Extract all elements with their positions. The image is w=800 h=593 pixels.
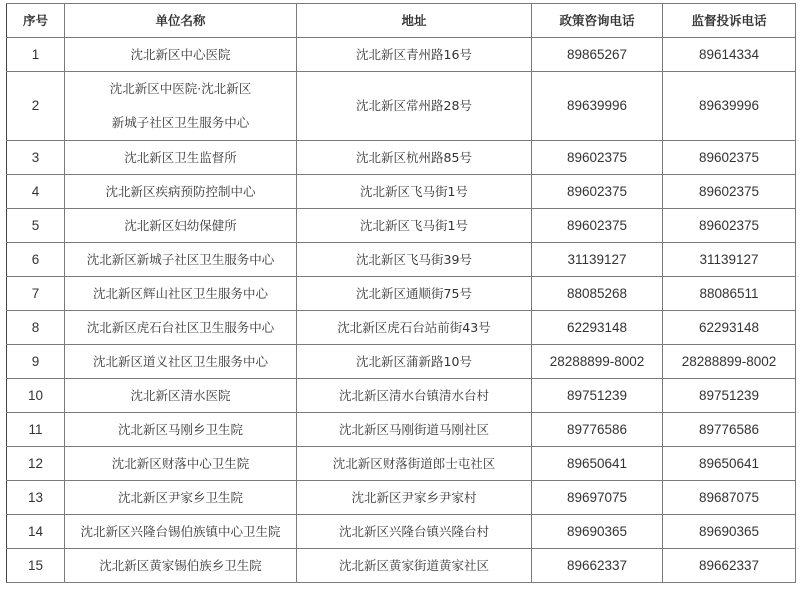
row-complaint-phone: 89690365	[663, 515, 796, 549]
row-address: 沈北新区黄家街道黄家社区	[297, 549, 532, 583]
header-address: 地址	[297, 4, 532, 38]
row-index: 13	[7, 481, 65, 515]
row-complaint-phone: 89662337	[663, 549, 796, 583]
row-name: 沈北新区卫生监督所	[65, 141, 297, 175]
row-policy-phone: 89776586	[532, 413, 663, 447]
table-row: 8 沈北新区虎石台社区卫生服务中心 沈北新区虎石台站前街43号 62293148…	[7, 311, 796, 345]
row-address: 沈北新区清水台镇清水台村	[297, 379, 532, 413]
table-row: 9 沈北新区道义社区卫生服务中心 沈北新区蒲新路10号 28288899-800…	[7, 345, 796, 379]
row-index: 8	[7, 311, 65, 345]
row-index: 9	[7, 345, 65, 379]
row-name-line1: 沈北新区中医院·沈北新区	[65, 72, 296, 106]
row-name: 沈北新区妇幼保健所	[65, 209, 297, 243]
row-name: 沈北新区黄家锡伯族乡卫生院	[65, 549, 297, 583]
row-policy-phone: 89602375	[532, 209, 663, 243]
row-name: 沈北新区辉山社区卫生服务中心	[65, 277, 297, 311]
table-row: 1 沈北新区中心医院 沈北新区青州路16号 89865267 89614334	[7, 38, 796, 72]
header-name: 单位名称	[65, 4, 297, 38]
row-address: 沈北新区财落街道郎士屯社区	[297, 447, 532, 481]
table-row: 2 沈北新区中医院·沈北新区 新城子社区卫生服务中心 沈北新区常州路28号 89…	[7, 72, 796, 141]
row-complaint-phone: 89639996	[663, 72, 796, 141]
row-name: 沈北新区中医院·沈北新区 新城子社区卫生服务中心	[65, 72, 297, 141]
row-name: 沈北新区清水医院	[65, 379, 297, 413]
row-name: 沈北新区马刚乡卫生院	[65, 413, 297, 447]
row-policy-phone: 62293148	[532, 311, 663, 345]
row-index: 11	[7, 413, 65, 447]
row-address: 沈北新区青州路16号	[297, 38, 532, 72]
row-index: 14	[7, 515, 65, 549]
row-policy-phone: 89662337	[532, 549, 663, 583]
table-row: 7 沈北新区辉山社区卫生服务中心 沈北新区通顺街75号 88085268 880…	[7, 277, 796, 311]
table-row: 6 沈北新区新城子社区卫生服务中心 沈北新区飞马街39号 31139127 31…	[7, 243, 796, 277]
row-address: 沈北新区通顺街75号	[297, 277, 532, 311]
row-address: 沈北新区虎石台站前街43号	[297, 311, 532, 345]
row-policy-phone: 89690365	[532, 515, 663, 549]
row-policy-phone: 88085268	[532, 277, 663, 311]
row-complaint-phone: 89751239	[663, 379, 796, 413]
row-index: 12	[7, 447, 65, 481]
row-name: 沈北新区虎石台社区卫生服务中心	[65, 311, 297, 345]
row-name-line2: 新城子社区卫生服务中心	[65, 106, 296, 140]
row-name: 沈北新区财落中心卫生院	[65, 447, 297, 481]
header-policy-phone: 政策咨询电话	[532, 4, 663, 38]
row-name: 沈北新区新城子社区卫生服务中心	[65, 243, 297, 277]
row-index: 5	[7, 209, 65, 243]
table-row: 13 沈北新区尹家乡卫生院 沈北新区尹家乡尹家村 89697075 896870…	[7, 481, 796, 515]
health-institutions-table: 序号 单位名称 地址 政策咨询电话 监督投诉电话 1 沈北新区中心医院 沈北新区…	[6, 3, 796, 583]
row-complaint-phone: 88086511	[663, 277, 796, 311]
row-index: 1	[7, 38, 65, 72]
row-name: 沈北新区兴隆台锡伯族镇中心卫生院	[65, 515, 297, 549]
row-complaint-phone: 31139127	[663, 243, 796, 277]
row-index: 7	[7, 277, 65, 311]
row-address: 沈北新区蒲新路10号	[297, 345, 532, 379]
row-policy-phone: 89650641	[532, 447, 663, 481]
table-row: 4 沈北新区疾病预防控制中心 沈北新区飞马街1号 89602375 896023…	[7, 175, 796, 209]
row-policy-phone: 89639996	[532, 72, 663, 141]
row-address: 沈北新区飞马街1号	[297, 175, 532, 209]
row-policy-phone: 89697075	[532, 481, 663, 515]
row-address: 沈北新区飞马街39号	[297, 243, 532, 277]
row-address: 沈北新区杭州路85号	[297, 141, 532, 175]
row-name: 沈北新区疾病预防控制中心	[65, 175, 297, 209]
row-complaint-phone: 89602375	[663, 209, 796, 243]
table-row: 11 沈北新区马刚乡卫生院 沈北新区马刚街道马刚社区 89776586 8977…	[7, 413, 796, 447]
row-policy-phone: 28288899-8002	[532, 345, 663, 379]
row-name: 沈北新区中心医院	[65, 38, 297, 72]
table-header-row: 序号 单位名称 地址 政策咨询电话 监督投诉电话	[7, 4, 796, 38]
row-complaint-phone: 62293148	[663, 311, 796, 345]
row-name: 沈北新区尹家乡卫生院	[65, 481, 297, 515]
row-policy-phone: 89602375	[532, 175, 663, 209]
header-complaint-phone: 监督投诉电话	[663, 4, 796, 38]
row-complaint-phone: 89776586	[663, 413, 796, 447]
table-row: 5 沈北新区妇幼保健所 沈北新区飞马街1号 89602375 89602375	[7, 209, 796, 243]
row-policy-phone: 89865267	[532, 38, 663, 72]
row-complaint-phone: 89650641	[663, 447, 796, 481]
row-complaint-phone: 89687075	[663, 481, 796, 515]
row-address: 沈北新区马刚街道马刚社区	[297, 413, 532, 447]
row-policy-phone: 89751239	[532, 379, 663, 413]
row-policy-phone: 31139127	[532, 243, 663, 277]
row-index: 3	[7, 141, 65, 175]
row-address: 沈北新区尹家乡尹家村	[297, 481, 532, 515]
row-index: 2	[7, 72, 65, 141]
row-index: 6	[7, 243, 65, 277]
table-row: 10 沈北新区清水医院 沈北新区清水台镇清水台村 89751239 897512…	[7, 379, 796, 413]
row-index: 15	[7, 549, 65, 583]
row-address: 沈北新区常州路28号	[297, 72, 532, 141]
row-complaint-phone: 28288899-8002	[663, 345, 796, 379]
row-address: 沈北新区兴隆台镇兴隆台村	[297, 515, 532, 549]
table-row: 12 沈北新区财落中心卫生院 沈北新区财落街道郎士屯社区 89650641 89…	[7, 447, 796, 481]
row-index: 4	[7, 175, 65, 209]
table-row: 15 沈北新区黄家锡伯族乡卫生院 沈北新区黄家街道黄家社区 89662337 8…	[7, 549, 796, 583]
row-policy-phone: 89602375	[532, 141, 663, 175]
row-address: 沈北新区飞马街1号	[297, 209, 532, 243]
row-complaint-phone: 89614334	[663, 38, 796, 72]
header-index: 序号	[7, 4, 65, 38]
table-row: 14 沈北新区兴隆台锡伯族镇中心卫生院 沈北新区兴隆台镇兴隆台村 8969036…	[7, 515, 796, 549]
row-index: 10	[7, 379, 65, 413]
row-name: 沈北新区道义社区卫生服务中心	[65, 345, 297, 379]
row-complaint-phone: 89602375	[663, 175, 796, 209]
table-row: 3 沈北新区卫生监督所 沈北新区杭州路85号 89602375 89602375	[7, 141, 796, 175]
row-complaint-phone: 89602375	[663, 141, 796, 175]
